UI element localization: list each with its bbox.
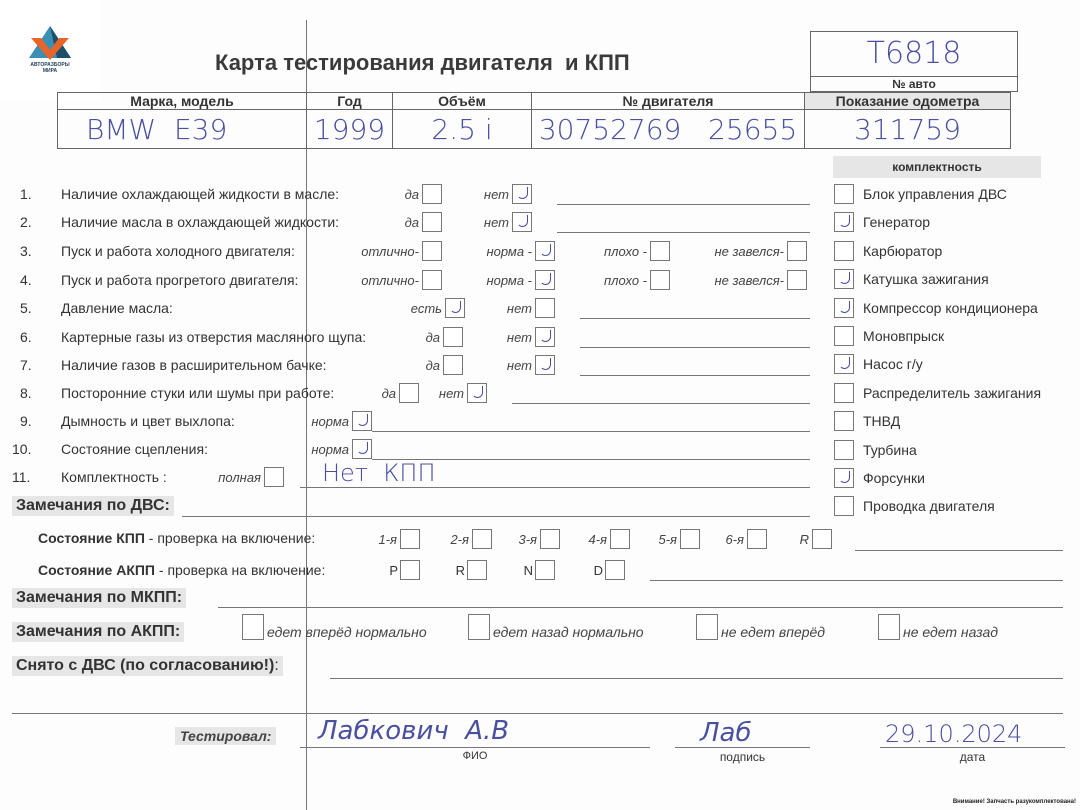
option-checkbox[interactable] <box>512 184 532 204</box>
completeness-checkbox[interactable] <box>834 326 854 346</box>
tester-name-line <box>300 747 650 748</box>
checklist-notes-field[interactable] <box>580 318 810 319</box>
completeness-checkbox[interactable] <box>834 440 854 460</box>
date-caption: дата <box>880 750 1065 764</box>
option-label: нет <box>507 330 532 345</box>
option-label: не завелся- <box>714 273 784 288</box>
footer-warning: Внимание! Запчасть разукомплектована! <box>953 799 1076 805</box>
completeness-checkbox[interactable] <box>834 354 854 374</box>
gear-label: 5-я <box>658 532 677 547</box>
position-label: D <box>594 563 603 578</box>
checklist-number: 1. <box>20 186 32 202</box>
position-checkbox[interactable] <box>605 560 625 580</box>
option-label: нет <box>484 215 509 230</box>
removed-field[interactable] <box>330 678 1063 679</box>
remarks-manual-field[interactable] <box>218 607 1063 608</box>
checklist-notes-field[interactable] <box>580 347 810 348</box>
auto-remark-label: не едет назад <box>903 624 998 640</box>
checklist-label: Посторонние стуки или шумы при работе: <box>61 385 334 401</box>
auto-gearbox-notes-field[interactable] <box>650 580 1063 581</box>
option-label: плохо - <box>604 273 647 288</box>
auto-remark-label: едет назад нормально <box>493 624 644 640</box>
option-checkbox[interactable] <box>422 212 442 232</box>
option-checkbox[interactable] <box>352 439 372 459</box>
gearbox-check-label-rest: - проверка на включение: <box>145 530 315 546</box>
remarks-auto-label: Замечания по АКПП: <box>12 622 184 642</box>
option-label: да <box>405 215 419 230</box>
checklist-number: 2. <box>20 214 32 230</box>
gearbox-notes-field[interactable] <box>855 550 1063 551</box>
completeness-item-label: Турбина <box>863 442 917 458</box>
option-label: да <box>426 358 440 373</box>
option-label: полная <box>218 470 261 485</box>
gear-label: 1-я <box>378 532 397 547</box>
position-label: N <box>524 563 533 578</box>
tester-name[interactable]: Лабкович А.В <box>318 716 509 746</box>
date-line <box>880 747 1065 748</box>
option-checkbox[interactable] <box>535 355 555 375</box>
vehicle-info-table: Марка, модель Год Объём № двигателя Пока… <box>57 92 1011 149</box>
completeness-item-label: Моновпрыск <box>863 328 944 344</box>
completeness-checkbox[interactable] <box>834 468 854 488</box>
completeness-item-label: Компрессор кондиционера <box>863 300 1038 316</box>
auto-remark-checkbox[interactable] <box>242 614 264 640</box>
position-checkbox[interactable] <box>467 560 487 580</box>
option-checkbox[interactable] <box>787 241 807 261</box>
remarks-manual-label: Замечания по МКПП: <box>12 588 186 608</box>
col-odometer: Показание одометра <box>805 93 1011 110</box>
gear-checkbox[interactable] <box>812 529 832 549</box>
col-engine-number: № двигателя <box>532 93 805 110</box>
checklist-notes-field[interactable] <box>580 375 810 376</box>
auto-gearbox-check-label-rest: - проверка на включение: <box>155 562 325 578</box>
auto-number-box: Т6818 № авто <box>810 31 1018 92</box>
option-checkbox[interactable] <box>467 383 487 403</box>
option-checkbox[interactable] <box>535 270 555 290</box>
tester-label: Тестировал: <box>175 727 276 745</box>
gear-checkbox[interactable] <box>540 529 560 549</box>
option-label: отлично- <box>361 244 419 259</box>
completeness-checkbox[interactable] <box>834 383 854 403</box>
completeness-item-label: Блок управления ДВС <box>863 186 1007 202</box>
year-value[interactable]: 1999 <box>307 110 393 149</box>
make-model-value[interactable]: BMW E39 <box>58 110 307 149</box>
checklist-label: Наличие газов в расширительном бачке: <box>61 357 327 373</box>
logo-line2: МИРА <box>0 68 100 74</box>
checklist-label: Пуск и работа прогретого двигателя: <box>61 272 298 288</box>
gearbox-check-label-bold: Состояние КПП <box>38 530 145 546</box>
option-label: нет <box>507 358 532 373</box>
remarks-engine-label: Замечания по ДВС: <box>12 496 174 516</box>
gear-checkbox[interactable] <box>400 529 420 549</box>
completeness-title: комплектность <box>833 156 1041 178</box>
auto-remark-checkbox[interactable] <box>878 614 900 640</box>
tester-signature[interactable]: Лаб <box>700 718 752 748</box>
completeness-item-label: Насос г/у <box>863 356 923 372</box>
checklist-number: 4. <box>20 272 32 288</box>
option-checkbox[interactable] <box>650 270 670 290</box>
gear-checkbox[interactable] <box>680 529 700 549</box>
completeness-item-label: Карбюратор <box>863 243 942 259</box>
volume-value[interactable]: 2.5 i <box>393 110 532 149</box>
checklist-notes-field[interactable] <box>557 232 810 233</box>
option-checkbox[interactable] <box>535 298 555 318</box>
checklist-label: Наличие охлаждающей жидкости в масле: <box>61 186 339 202</box>
checklist-label: Картерные газы из отверстия масляного щу… <box>61 329 366 345</box>
option-checkbox[interactable] <box>650 241 670 261</box>
signature-caption: подпись <box>675 750 810 764</box>
remarks-engine-field[interactable] <box>182 516 810 517</box>
option-label: плохо - <box>604 244 647 259</box>
logo: АВТОРАЗБОРЫ МИРА <box>0 0 100 100</box>
option-label: нет <box>484 187 509 202</box>
completeness-item-label: Форсунки <box>863 470 925 486</box>
checklist-number: 6. <box>20 329 32 345</box>
completeness-checkbox[interactable] <box>834 184 854 204</box>
option-checkbox[interactable] <box>787 270 807 290</box>
checklist-number: 3. <box>20 243 32 259</box>
position-label: P <box>389 563 398 578</box>
position-label: R <box>456 563 465 578</box>
signature-separator <box>12 713 1063 714</box>
tester-name-caption: ФИО <box>300 750 650 762</box>
checklist-label: Дымность и цвет выхлопа: <box>61 413 235 429</box>
gear-checkbox[interactable] <box>472 529 492 549</box>
option-label: да <box>382 386 396 401</box>
auto-number-value[interactable]: Т6818 <box>811 36 1017 71</box>
option-label: отлично- <box>361 273 419 288</box>
gear-label: 4-я <box>588 532 607 547</box>
checklist-label: Наличие масла в охлаждающей жидкости: <box>61 214 339 230</box>
completeness-checkbox[interactable] <box>834 411 854 431</box>
position-checkbox[interactable] <box>535 560 555 580</box>
checklist-number: 10. <box>12 441 31 457</box>
option-checkbox[interactable] <box>535 327 555 347</box>
completeness-checkbox[interactable] <box>834 269 854 289</box>
removed-label: Снято с ДВС (по согласованию!): <box>12 656 283 676</box>
auto-number-label: № авто <box>811 76 1017 93</box>
odometer-value[interactable]: 311759 <box>805 110 1011 149</box>
option-label: норма - <box>486 244 532 259</box>
option-checkbox[interactable] <box>443 327 463 347</box>
option-label: норма - <box>486 273 532 288</box>
gear-label: 2-я <box>450 532 469 547</box>
completeness-item-label: Проводка двигателя <box>863 498 995 514</box>
option-checkbox[interactable] <box>422 241 442 261</box>
checklist-note-value[interactable]: Нет КПП <box>322 459 436 487</box>
completeness-checkbox[interactable] <box>834 298 854 318</box>
position-checkbox[interactable] <box>400 560 420 580</box>
completeness-item-label: Генератор <box>863 214 930 230</box>
checklist-number: 7. <box>20 357 32 373</box>
checklist-label: Комплектность : <box>61 469 167 485</box>
option-label: норма <box>311 414 349 429</box>
completeness-checkbox[interactable] <box>834 241 854 261</box>
col-make-model: Марка, модель <box>58 93 307 110</box>
option-checkbox[interactable] <box>422 184 442 204</box>
option-checkbox[interactable] <box>264 467 284 487</box>
completeness-checkbox[interactable] <box>834 496 854 516</box>
engine-number-value[interactable]: 30752769 25655 <box>532 110 805 149</box>
auto-gearbox-check-label-bold: Состояние АКПП <box>38 562 155 578</box>
checklist-label: Давление масла: <box>61 300 173 316</box>
completeness-item-label: Катушка зажигания <box>863 271 989 287</box>
option-checkbox[interactable] <box>422 270 442 290</box>
option-checkbox[interactable] <box>535 241 555 261</box>
completeness-item-label: ТНВД <box>863 413 900 429</box>
option-checkbox[interactable] <box>512 212 532 232</box>
completeness-checkbox[interactable] <box>834 212 854 232</box>
option-checkbox[interactable] <box>352 411 372 431</box>
option-label: норма <box>311 442 349 457</box>
removed-label-rest: : <box>274 657 278 674</box>
option-label: да <box>426 330 440 345</box>
option-label: не завелся- <box>714 244 784 259</box>
checklist-label: Пуск и работа холодного двигателя: <box>61 243 295 259</box>
gear-checkbox[interactable] <box>747 529 767 549</box>
auto-remark-checkbox[interactable] <box>696 614 718 640</box>
gearbox-check-label: Состояние КПП - проверка на включение: <box>38 530 315 546</box>
option-label: есть <box>411 301 442 316</box>
option-checkbox[interactable] <box>443 355 463 375</box>
completeness-item-label: Распределитель зажигания <box>863 385 1041 401</box>
option-checkbox[interactable] <box>445 298 465 318</box>
gear-checkbox[interactable] <box>610 529 630 549</box>
option-label: нет <box>439 386 464 401</box>
checklist-number: 5. <box>20 300 32 316</box>
test-date[interactable]: 29.10.2024 <box>885 720 1022 748</box>
page-title: Карта тестирования двигателя и КПП <box>215 50 630 76</box>
auto-gearbox-check-label: Состояние АКПП - проверка на включение: <box>38 562 325 578</box>
removed-label-bold: Снято с ДВС (по согласованию!) <box>16 657 274 674</box>
auto-remark-label: едет вперёд нормально <box>267 624 427 640</box>
checklist-notes-field[interactable] <box>557 204 810 205</box>
option-label: да <box>405 187 419 202</box>
checklist-number: 8. <box>20 385 32 401</box>
avtorazbory-logo-icon <box>27 24 73 60</box>
checklist-notes-field[interactable] <box>300 487 810 488</box>
auto-remark-checkbox[interactable] <box>468 614 490 640</box>
signature-line <box>675 747 810 748</box>
checklist-notes-field[interactable] <box>372 431 810 432</box>
gear-label: 6-я <box>725 532 744 547</box>
col-year: Год <box>307 93 393 110</box>
checklist-notes-field[interactable] <box>372 459 810 460</box>
option-checkbox[interactable] <box>399 383 419 403</box>
option-label: нет <box>507 301 532 316</box>
checklist-number: 9. <box>20 413 32 429</box>
col-volume: Объём <box>393 93 532 110</box>
gear-label: R <box>800 532 809 547</box>
checklist-label: Состояние сцепления: <box>61 441 208 457</box>
gear-label: 3-я <box>518 532 537 547</box>
checklist-notes-field[interactable] <box>512 403 810 404</box>
checklist-number: 11. <box>12 469 30 485</box>
auto-remark-label: не едет вперёд <box>721 624 825 640</box>
